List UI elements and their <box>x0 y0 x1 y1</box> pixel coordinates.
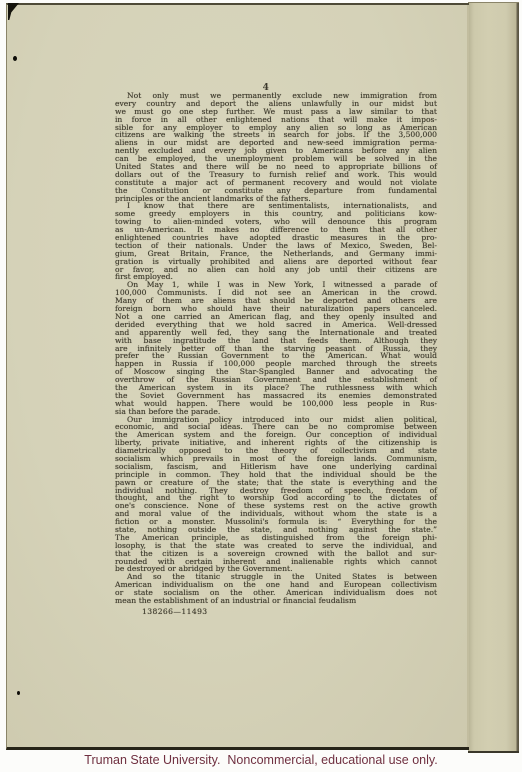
page-corner-tear <box>8 3 19 20</box>
document-page: 4 Not only must we permanently exclude n… <box>6 3 469 750</box>
hole-punch-top <box>13 56 17 61</box>
body-text: Not only must we permanently exclude new… <box>115 92 437 616</box>
adjacent-page-edge <box>468 2 519 753</box>
text-line: mean the establishment of an industrial … <box>115 597 437 605</box>
hole-punch-bottom <box>17 691 20 695</box>
scan-viewport: 4 Not only must we permanently exclude n… <box>0 0 522 772</box>
print-id: 138266—11493 <box>115 608 437 616</box>
archive-caption: Truman State University. Noncommercial, … <box>0 753 522 767</box>
